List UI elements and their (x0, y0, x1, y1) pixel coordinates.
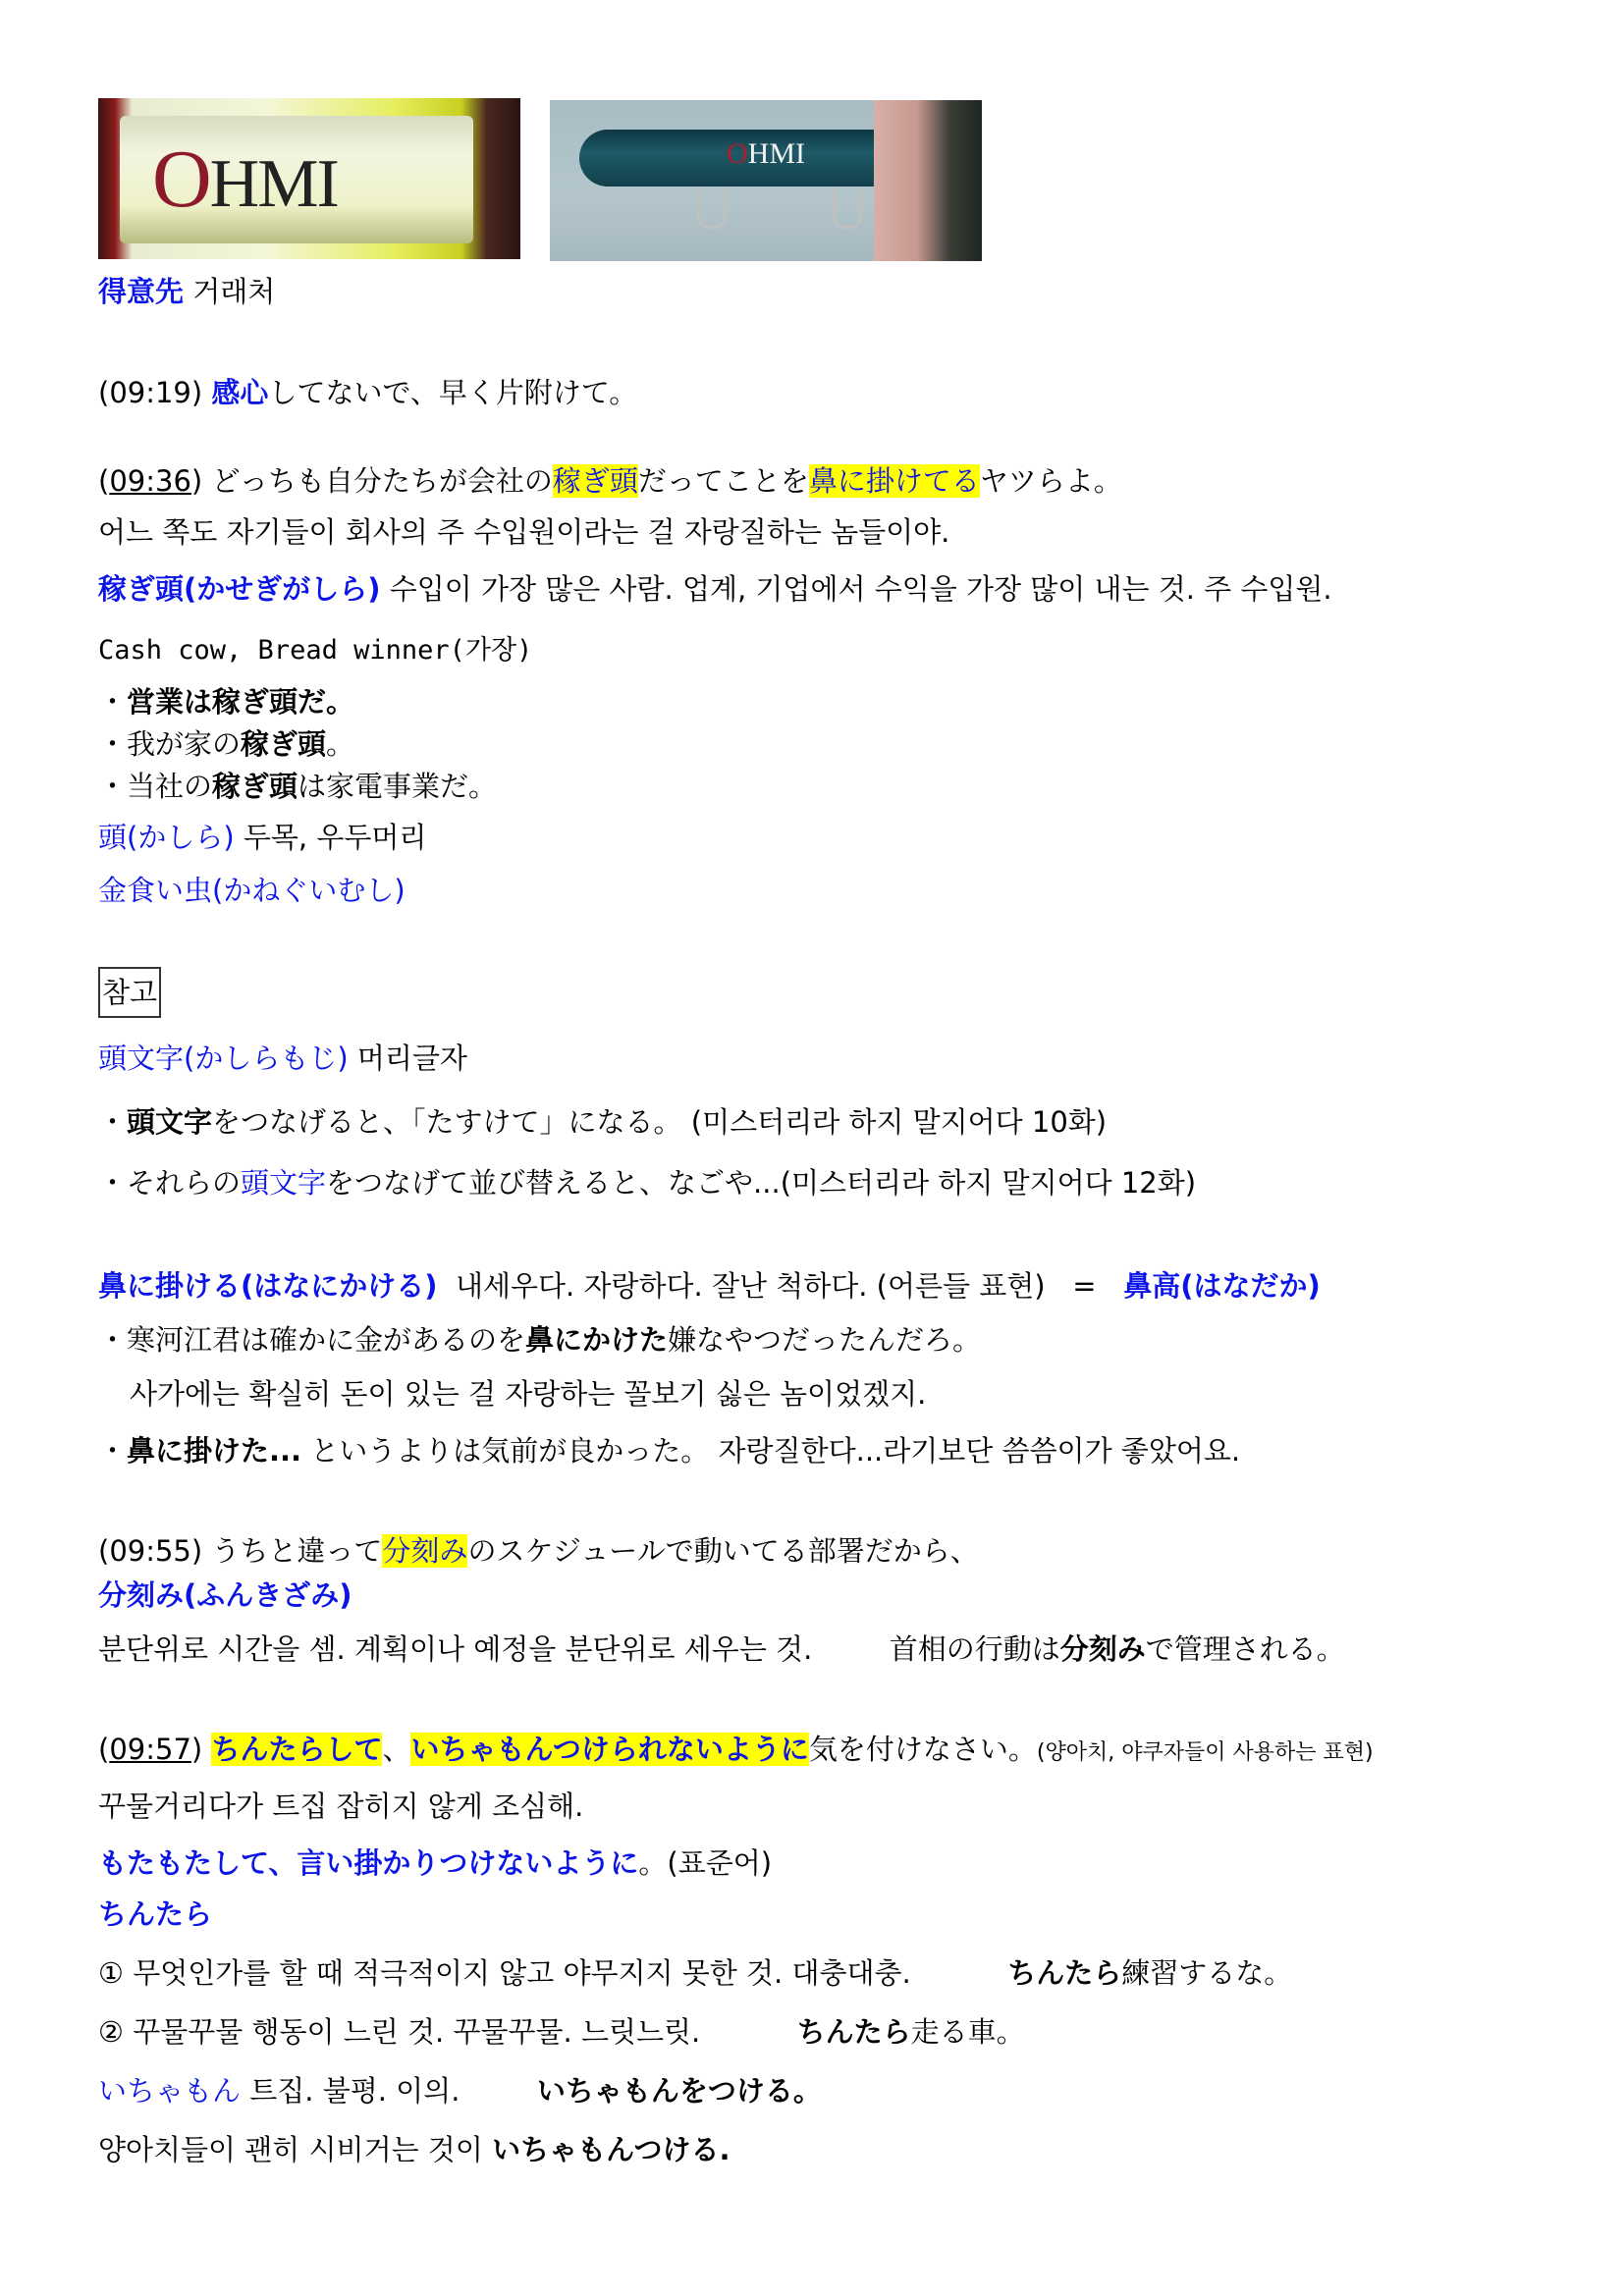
example-keyword: 分刻み (1060, 1632, 1146, 1666)
example-keyword: 稼ぎ頭 (212, 770, 298, 803)
vocab-meaning: 두목, 우두머리 (244, 821, 427, 854)
dialogue-text: 気を付けなさい。 (809, 1733, 1037, 1766)
ohmi-can-image: OHMI (98, 98, 520, 259)
vocab-term: 頭文字(かしらもじ) (98, 1041, 349, 1075)
source-note: (미스터리라 하지 말지어다 10화) (691, 1105, 1107, 1139)
bullet: ・ (98, 685, 127, 719)
dialogue-text: だってことを (638, 464, 809, 498)
dialogue-line-0957: (09:57) ちんたらして、いちゃもんつけられないように気を付けなさい。(양아… (98, 1730, 1374, 1773)
example-text: 首相の行動は (890, 1632, 1060, 1666)
example-keyword: いちゃもんつける. (492, 2133, 730, 2166)
example-text: 当社の (127, 770, 212, 803)
highlighted-keyword: 稼ぎ頭 (553, 464, 638, 498)
example-text: 我が家の (127, 727, 241, 761)
standard-expression: もたもたして、言い掛かりつけないように。(표준어) (98, 1843, 772, 1883)
bullet: ・ (98, 1105, 127, 1139)
dialogue-text: ヤツらよ。 (980, 464, 1122, 498)
example-text: 練習するな。 (1121, 1956, 1292, 1990)
standard-text: もたもたして、言い掛かりつけないように (98, 1846, 638, 1880)
funkizami-meaning-line: 분단위로 시간을 셈. 계획이나 예정을 분단위로 세우는 것. 首相の行動は分… (98, 1629, 1345, 1669)
hook-icon (697, 187, 727, 229)
example-hana-1: ・寒河江君は確かに金があるのを鼻にかけた嫌なやつだったんだろ。 (98, 1320, 981, 1360)
paren: ) (191, 1733, 202, 1766)
hook-icon (833, 187, 862, 229)
vocab-term: 稼ぎ頭(かせぎがしら) (98, 572, 381, 606)
example-keyword: 頭文字 (127, 1105, 212, 1139)
english-equivalent: Cash cow, Bread winner(가장) (98, 631, 532, 670)
dialogue-line-0955: (09:55) うちと違って分刻みのスケジュールで動いてる部署だから、 (98, 1531, 979, 1571)
example-kashiramoji-1: ・頭文字をつなげると、「たすけて」になる。 (미스터리라 하지 말지어다 10화… (98, 1102, 1107, 1142)
example-keyword: 頭文字 (241, 1166, 326, 1200)
timestamp-link[interactable]: 09:36 (109, 464, 191, 498)
vocab-meaning: 분단위로 시간을 셈. 계획이나 예정을 분단위로 세우는 것. (98, 1632, 812, 1666)
example-text: いちゃもんをつける。 (537, 2074, 822, 2108)
bullet: ・ (98, 1434, 127, 1468)
paren: ( (98, 464, 109, 498)
explanation-text: 양아치들이 괜히 시비거는 것이 (98, 2133, 492, 2166)
vocab-meaning: 트집. 불평. 이의. (249, 2074, 460, 2108)
vocab-ichamon: いちゃもん 트집. 불평. 이의. いちゃもんをつける。 (98, 2071, 822, 2110)
bullet: ・ (98, 770, 127, 803)
vocab-term: いちゃもん (98, 2074, 241, 2108)
vocab-meaning: 수입이 가장 많은 사람. 업계, 기업에서 수익을 가장 많이 내는 것. 주… (390, 572, 1332, 606)
example-keyword: 鼻に掛けた... (127, 1434, 301, 1468)
vocab-meaning: 머리글자 (357, 1041, 467, 1075)
sense-meaning: 꾸물꾸물 행동이 느린 것. 꾸물꾸물. 느릿느릿. (133, 2015, 700, 2049)
translation: 어느 쪽도 자기들이 회사의 주 수입원이라는 걸 자랑질하는 놈들이야. (98, 512, 949, 552)
dialogue-text: してないで、早く片附けて。 (268, 376, 637, 409)
example-text: は家電事業だ。 (298, 770, 497, 803)
vocab-meaning: 거래처 (192, 275, 275, 308)
dialogue-line-0919: (09:19) 感心してないで、早く片附けて。 (98, 373, 637, 412)
ohmi-logo: OHMI (152, 145, 338, 219)
example-1: ・営業は稼ぎ頭だ。 (98, 682, 354, 721)
chintara-sense-2: ② 꾸물꾸물 행동이 느린 것. 꾸물꾸물. 느릿느릿. ちんたら走る車。 (98, 2012, 1025, 2052)
reference-section: 참고 (98, 967, 161, 1018)
example-keyword: 稼ぎ頭 (241, 727, 326, 761)
example-text: 寒河江君は確かに金があるのを (127, 1323, 525, 1357)
dialogue-text: 、 (382, 1733, 410, 1766)
example-3: ・当社の稼ぎ頭は家電事業だ。 (98, 767, 497, 806)
example-keyword: ちんたら (1007, 1956, 1121, 1990)
ichamon-explanation: 양아치들이 괜히 시비거는 것이 いちゃもんつける. (98, 2130, 731, 2169)
example-keyword: 鼻にかけた (525, 1323, 668, 1357)
vocab-kashiramoji: 頭文字(かしらもじ) 머리글자 (98, 1039, 467, 1078)
example-keyword: ちんたら (797, 2015, 911, 2049)
timestamp-link[interactable]: 09:57 (109, 1733, 191, 1766)
dialogue-line-0936: (09:36) どっちも自分たちが会社の稼ぎ頭だってことを鼻に掛けてるヤツらよ。 (98, 461, 1122, 501)
example-text: 。 (326, 727, 354, 761)
highlighted-keyword: 分刻み (382, 1534, 467, 1568)
example-text: 嫌なやつだったんだろ。 (668, 1323, 981, 1357)
example-text: で管理される。 (1146, 1632, 1345, 1666)
keyword: 感心 (211, 376, 268, 409)
bullet: ・ (98, 727, 127, 761)
equals-sign: = (1072, 1269, 1096, 1303)
standard-label: 。(표준어) (638, 1846, 772, 1880)
vocab-hananikakeru: 鼻に掛ける(はなにかける) 내세우다. 자랑하다. 잘난 척하다. (어른들 표… (98, 1266, 1321, 1306)
example-hana-2: ・鼻に掛けた... というよりは気前が良かった。 자랑질한다...라기보단 씀씀… (98, 1431, 1240, 1470)
synonym-term: 鼻高(はなだか) (1123, 1269, 1321, 1303)
vocab-kasegigashira: 稼ぎ頭(かせぎがしら) 수입이 가장 많은 사람. 업계, 기업에서 수익을 가… (98, 569, 1332, 609)
ohmi-logo: OHMI (727, 137, 805, 171)
example-text: をつなげると、「たすけて」になる。 (212, 1105, 682, 1139)
example-text: をつなげて並び替えると、なごや... (326, 1166, 781, 1200)
translation: 자랑질한다...라기보단 씀씀이가 좋았어요. (719, 1434, 1241, 1468)
example-text: 営業は稼ぎ頭だ。 (127, 685, 354, 719)
chintara-sense-1: ① 무엇인가를 할 때 적극적이지 않고 야무지지 못한 것. 대충대충. ちん… (98, 1953, 1292, 1993)
hand (874, 100, 982, 261)
vocab-meaning: 내세우다. 자랑하다. 잘난 척하다. (어른들 표현) (456, 1269, 1046, 1303)
vocab-term: 鼻に掛ける(はなにかける) (98, 1269, 438, 1303)
translation: 꾸물거리다가 트집 잡히지 않게 조심해. (98, 1787, 583, 1826)
highlighted-keyword: いちゃもんつけられないように (410, 1733, 808, 1766)
dialogue-text: うちと違って (202, 1534, 382, 1568)
ohmi-lure-image: OHMI (550, 100, 982, 261)
vocab-term: 金食い虫(かねぐいむし) (98, 874, 406, 907)
dialogue-text: どっちも自分たちが会社の (202, 464, 553, 498)
vocab-kanekuimushi: 金食い虫(かねぐいむし) (98, 871, 406, 910)
vocab-kashira: 頭(かしら) 두목, 우두머리 (98, 818, 426, 857)
dialogue-text: のスケジュールで動いてる部署だから、 (467, 1534, 978, 1568)
vocab-tokuisaki: 得意先 거래처 (98, 272, 275, 311)
sense-number: ② (98, 2015, 124, 2049)
example-text: というよりは気前が良かった。 (301, 1434, 709, 1468)
timestamp: (09:55) (98, 1534, 202, 1568)
vocab-term: 頭(かしら) (98, 821, 235, 854)
reference-box: 참고 (98, 967, 161, 1018)
usage-note: (양아치, 야쿠자들이 사용하는 표현) (1037, 1740, 1374, 1765)
example-kashiramoji-2: ・それらの頭文字をつなげて並び替えると、なごや...(미스터리라 하지 말지어다… (98, 1163, 1196, 1202)
vocab-term: 分刻み(ふんきざみ) (98, 1578, 352, 1612)
bullet: ・ (98, 1166, 127, 1200)
vocab-chintara: ちんたら (98, 1895, 212, 1934)
example-text: それらの (127, 1166, 241, 1200)
timestamp: (09:19) (98, 376, 202, 409)
sense-number: ① (98, 1956, 124, 1990)
paren: ( (98, 1733, 109, 1766)
highlighted-keyword: ちんたらして (211, 1733, 382, 1766)
highlighted-keyword: 鼻に掛けてる (809, 464, 980, 498)
example-2: ・我が家の稼ぎ頭。 (98, 724, 354, 764)
vocab-term: 得意先 (98, 275, 184, 308)
example-text: 走る車。 (911, 2015, 1025, 2049)
translation: 사가에는 확실히 돈이 있는 걸 자랑하는 꼴보기 싫은 놈이었겠지. (130, 1374, 926, 1414)
paren: ) (191, 464, 202, 498)
bullet: ・ (98, 1323, 127, 1357)
source-note: (미스터리라 하지 말지어다 12화) (781, 1166, 1196, 1200)
vocab-term: ちんたら (98, 1897, 212, 1931)
vocab-funkizami: 分刻み(ふんきざみ) (98, 1575, 352, 1615)
sense-meaning: 무엇인가를 할 때 적극적이지 않고 야무지지 못한 것. 대충대충. (133, 1956, 911, 1990)
